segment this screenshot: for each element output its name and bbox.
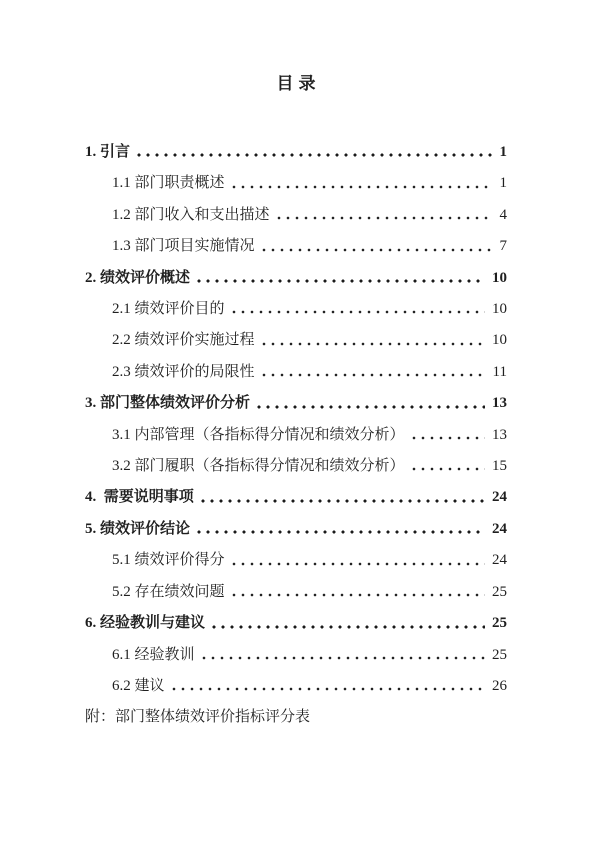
toc-entry-4[interactable]: 1.3 部门项目实施情况 7 bbox=[85, 231, 507, 262]
toc-page-number: 25 bbox=[492, 640, 507, 671]
toc-page-number: 25 bbox=[492, 608, 507, 639]
toc-leader-dots bbox=[257, 405, 485, 409]
toc-page-number: 10 bbox=[492, 294, 507, 325]
toc-entry-label: 2.2 绩效评价实施过程 bbox=[112, 325, 255, 356]
toc-entry-1[interactable]: 1. 引言 1 bbox=[85, 137, 507, 168]
toc-leader-dots bbox=[262, 342, 485, 346]
toc-entry-8[interactable]: 2.3 绩效评价的局限性 11 bbox=[85, 357, 507, 388]
toc-entry-17[interactable]: 6.1 经验教训 25 bbox=[85, 640, 507, 671]
toc-entry-label: 1.1 部门职责概述 bbox=[112, 168, 225, 199]
toc-leader-dots bbox=[197, 530, 485, 534]
toc-entry-label: 1.2 部门收入和支出描述 bbox=[112, 200, 270, 231]
toc-entry-14[interactable]: 5.1 绩效评价得分 24 bbox=[85, 545, 507, 576]
toc-entry-label: 1.3 部门项目实施情况 bbox=[112, 231, 255, 262]
toc-page-number: 10 bbox=[492, 325, 507, 356]
toc-entry-16[interactable]: 6. 经验教训与建议 25 bbox=[85, 608, 507, 639]
toc-entry-7[interactable]: 2.2 绩效评价实施过程 10 bbox=[85, 325, 507, 356]
toc-leader-dots bbox=[232, 185, 493, 189]
toc-page-number: 24 bbox=[492, 482, 507, 513]
toc-page-number: 4 bbox=[500, 200, 508, 231]
toc-entry-label: 3.1 内部管理（各指标得分情况和绩效分析） bbox=[112, 420, 405, 451]
toc-entry-9[interactable]: 3. 部门整体绩效评价分析 13 bbox=[85, 388, 507, 419]
toc-entry-10[interactable]: 3.1 内部管理（各指标得分情况和绩效分析） 13 bbox=[85, 420, 507, 451]
toc-leader-dots bbox=[232, 562, 485, 566]
toc-entry-label: 1. 引言 bbox=[85, 137, 130, 168]
toc-page-number: 25 bbox=[492, 577, 507, 608]
toc-page-number: 10 bbox=[492, 263, 507, 294]
toc-entry-label: 附：部门整体绩效评价指标评分表 bbox=[85, 702, 310, 733]
toc-entry-label: 3.2 部门履职（各指标得分情况和绩效分析） bbox=[112, 451, 405, 482]
toc-leader-dots bbox=[277, 216, 493, 220]
toc-entry-2[interactable]: 1.1 部门职责概述 1 bbox=[85, 168, 507, 199]
toc-leader-dots bbox=[232, 593, 485, 597]
toc-page-number: 13 bbox=[492, 420, 507, 451]
toc-entry-label: 6.1 经验教训 bbox=[112, 640, 195, 671]
toc-entry-label: 5. 绩效评价结论 bbox=[85, 514, 190, 545]
toc-leader-dots bbox=[172, 687, 485, 691]
toc-leader-dots bbox=[137, 153, 492, 157]
toc-entry-3[interactable]: 1.2 部门收入和支出描述 4 bbox=[85, 200, 507, 231]
toc-page-number: 24 bbox=[492, 514, 507, 545]
toc-entry-label: 5.1 绩效评价得分 bbox=[112, 545, 225, 576]
toc-page-number: 24 bbox=[492, 545, 507, 576]
toc-leader-dots bbox=[197, 279, 485, 283]
toc-entry-6[interactable]: 2.1 绩效评价目的 10 bbox=[85, 294, 507, 325]
toc-page-number: 15 bbox=[492, 451, 507, 482]
toc-list: 1. 引言 1 1.1 部门职责概述 1 1.2 部门收入和支出描述 4 1.3… bbox=[85, 137, 507, 734]
toc-leader-dots bbox=[232, 310, 485, 314]
toc-entry-label: 6.2 建议 bbox=[112, 671, 165, 702]
page-title: 目录 bbox=[85, 73, 507, 95]
toc-leader-dots bbox=[202, 656, 485, 660]
toc-page-number: 13 bbox=[492, 388, 507, 419]
toc-entry-19[interactable]: 附：部门整体绩效评价指标评分表 bbox=[85, 702, 507, 733]
toc-leader-dots bbox=[412, 436, 485, 440]
toc-entry-13[interactable]: 5. 绩效评价结论 24 bbox=[85, 514, 507, 545]
toc-entry-label: 2.3 绩效评价的局限性 bbox=[112, 357, 255, 388]
toc-entry-18[interactable]: 6.2 建议 26 bbox=[85, 671, 507, 702]
toc-entry-label: 2.1 绩效评价目的 bbox=[112, 294, 225, 325]
toc-leader-dots bbox=[412, 467, 485, 471]
toc-entry-label: 5.2 存在绩效问题 bbox=[112, 577, 225, 608]
toc-page-number: 1 bbox=[500, 137, 508, 168]
document-page: 目录 1. 引言 1 1.1 部门职责概述 1 1.2 部门收入和支出描述 4 … bbox=[0, 0, 600, 848]
toc-entry-11[interactable]: 3.2 部门履职（各指标得分情况和绩效分析） 15 bbox=[85, 451, 507, 482]
toc-leader-dots bbox=[212, 625, 485, 629]
toc-page-number: 11 bbox=[493, 357, 507, 388]
toc-page-number: 26 bbox=[492, 671, 507, 702]
toc-entry-15[interactable]: 5.2 存在绩效问题 25 bbox=[85, 577, 507, 608]
toc-leader-dots bbox=[262, 373, 486, 377]
toc-entry-label: 4. 需要说明事项 bbox=[85, 482, 194, 513]
toc-entry-12[interactable]: 4. 需要说明事项 24 bbox=[85, 482, 507, 513]
toc-leader-dots bbox=[201, 499, 485, 503]
toc-leader-dots bbox=[262, 248, 493, 252]
toc-entry-label: 2. 绩效评价概述 bbox=[85, 263, 190, 294]
toc-entry-label: 3. 部门整体绩效评价分析 bbox=[85, 388, 250, 419]
toc-entry-5[interactable]: 2. 绩效评价概述 10 bbox=[85, 263, 507, 294]
toc-page-number: 1 bbox=[500, 168, 508, 199]
toc-page-number: 7 bbox=[500, 231, 508, 262]
toc-entry-label: 6. 经验教训与建议 bbox=[85, 608, 205, 639]
